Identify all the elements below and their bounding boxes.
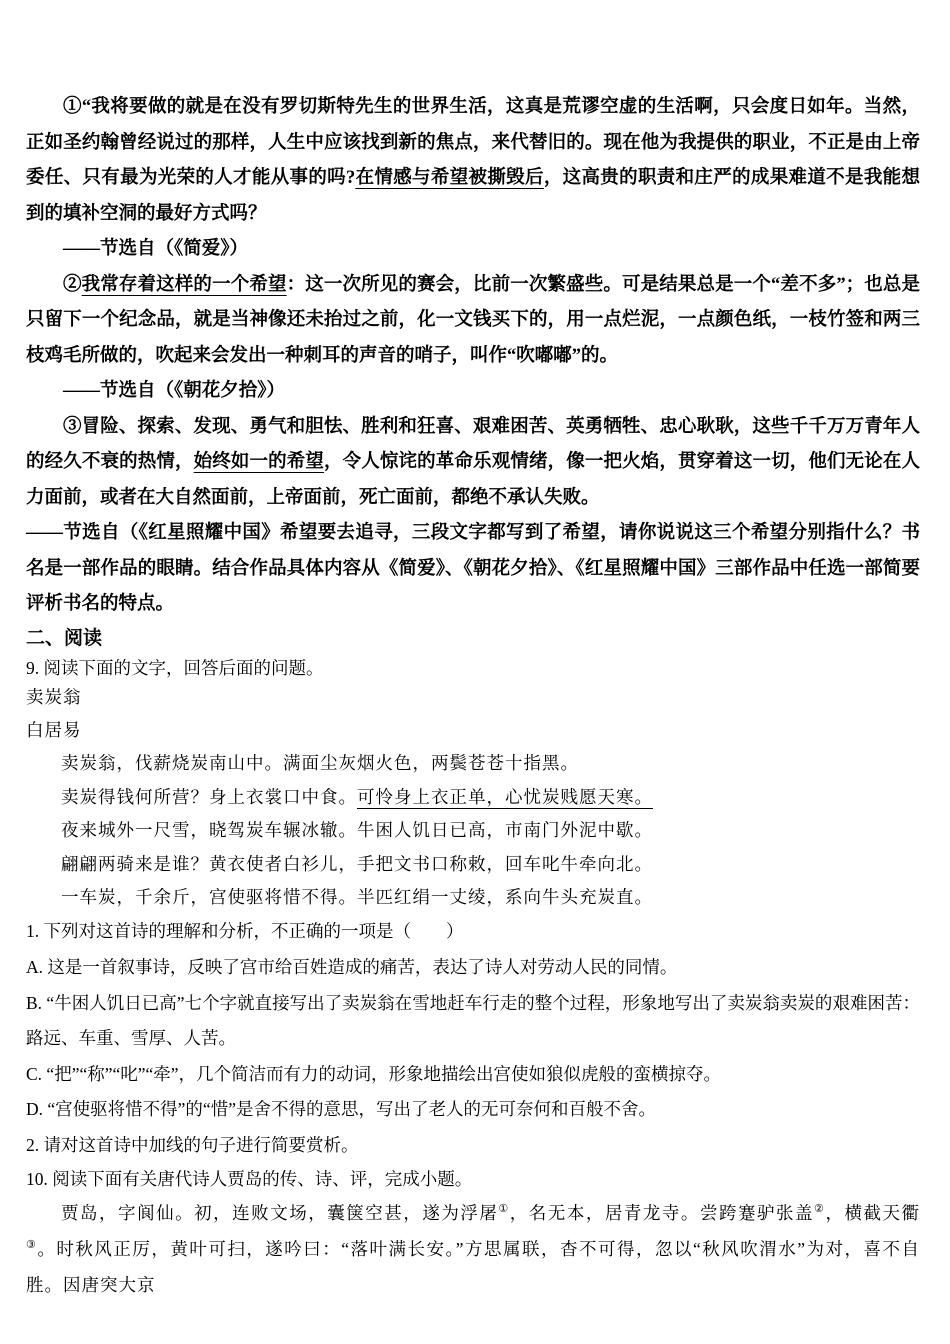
poem-line-5: 一车炭，千余斤，宫使驱将惜不得。半匹红绢一丈绫，系向牛头充炭直。 bbox=[26, 881, 920, 914]
excerpt-paragraph-1: ①“我将要做的就是在没有罗切斯特先生的世界生活，这真是荒谬空虚的生活啊，只会度日… bbox=[26, 90, 920, 232]
question-9-stem: 9. 阅读下面的文字，回答后面的问题。 bbox=[26, 655, 920, 681]
excerpt-closing-question: ——节选自（《红星照耀中国》希望要去追寻，三段文字都写到了希望，请你说说这三个希… bbox=[26, 516, 920, 623]
excerpt-3-underlined-phrase: 始终如一的希望 bbox=[194, 452, 324, 472]
poem-line-4-text: 翩翩两骑来是谁？黄衣使者白衫儿，手把文书口称敕，回车叱牛牵向北。 bbox=[61, 854, 653, 874]
excerpt-source-zhaohuaxishi: ——节选自（《朝花夕拾》） bbox=[26, 374, 920, 410]
passage-seg-1: 贾岛，字阆仙。初，连败文场，囊箧空甚，遂为浮屠 bbox=[61, 1203, 498, 1223]
excerpt-source-jane-eyre: ——节选自（《简爱》） bbox=[26, 232, 920, 268]
exam-document-page: ①“我将要做的就是在没有罗切斯特先生的世界生活，这真是荒谬空虚的生活啊，只会度日… bbox=[0, 0, 950, 1344]
excerpt-1-underlined-phrase: 在情感与希望被撕毁后 bbox=[355, 168, 544, 188]
excerpt-paragraph-3: ③冒险、探索、发现、勇气和胆怯、胜利和狂喜、艰难困苦、英勇牺牲、忠心耿耿，这些千… bbox=[26, 410, 920, 517]
passage-seg-2: ，名无本，居青龙寺。尝跨蹇驴张盖 bbox=[510, 1203, 814, 1223]
poem-line-1-text: 卖炭翁，伐薪烧炭南山中。满面尘灰烟火色，两鬓苍苍十指黑。 bbox=[61, 753, 579, 773]
question-2-stem: 2. 请对这首诗中加线的句子进行简要赏析。 bbox=[26, 1128, 920, 1164]
footnote-marker-2: ② bbox=[814, 1203, 825, 1215]
poem-line-3-text: 夜来城外一尺雪，晓驾炭车辗冰辙。牛困人饥日已高，市南门外泥中歇。 bbox=[61, 820, 653, 840]
question-10-stem: 10. 阅读下面有关唐代诗人贾岛的传、诗、评，完成小题。 bbox=[26, 1164, 920, 1195]
question-1-stem: 1. 下列对这首诗的理解和分析，不正确的一项是（ ） bbox=[26, 914, 920, 950]
poem-author: 白居易 bbox=[26, 714, 920, 747]
poem-line-2: 卖炭得钱何所营？身上衣裳口中食。可怜身上衣正单，心忧炭贱愿天寒。 bbox=[26, 781, 920, 814]
poem-line-2-underline: 可怜身上衣正单，心忧炭贱愿天寒。 bbox=[357, 787, 653, 807]
poem-line-5-text: 一车炭，千余斤，宫使驱将惜不得。半匹红绢一丈绫，系向牛头充炭直。 bbox=[61, 887, 653, 907]
excerpts-section: ①“我将要做的就是在没有罗切斯特先生的世界生活，这真是荒谬空虚的生活啊，只会度日… bbox=[26, 90, 920, 623]
question-1-option-b: B. “牛困人饥日已高”七个字就直接写出了卖炭翁在雪地赶车行走的整个过程，形象地… bbox=[26, 986, 920, 1057]
question-1-option-d: D. “宫使驱将惜不得”的“惜”是舍不得的意思，写出了老人的无可奈何和百般不舍。 bbox=[26, 1092, 920, 1128]
excerpt-paragraph-2: ②我常存着这样的一个希望：这一次所见的赛会，比前一次繁盛些。可是结果总是一个“差… bbox=[26, 268, 920, 375]
poem-block: 卖炭翁 白居易 卖炭翁，伐薪烧炭南山中。满面尘灰烟火色，两鬓苍苍十指黑。 卖炭得… bbox=[26, 681, 920, 915]
excerpt-2-underlined-phrase: 我常存着这样的一个希望 bbox=[82, 275, 287, 295]
poem-line-3: 夜来城外一尺雪，晓驾炭车辗冰辙。牛困人饥日已高，市南门外泥中歇。 bbox=[26, 814, 920, 847]
excerpt-2-marker: ② bbox=[63, 275, 82, 295]
question-1-option-a: A. 这是一首叙事诗，反映了宫市给百姓造成的痛苦，表达了诗人对劳动人民的同情。 bbox=[26, 950, 920, 986]
question-1-option-c: C. “把”“称”“叱”“牵”，几个简洁而有力的动词，形象地描绘出宫使如狼似虎般… bbox=[26, 1057, 920, 1093]
footnote-marker-3: ③ bbox=[26, 1239, 37, 1251]
section-heading-reading: 二、阅读 bbox=[26, 623, 920, 655]
passage-seg-4: 。时秋风正厉，黄叶可扫，遂吟曰：“落叶满长安。”方思属联，杳不可得，忽以“秋风吹… bbox=[26, 1239, 920, 1295]
poem-line-1: 卖炭翁，伐薪烧炭南山中。满面尘灰烟火色，两鬓苍苍十指黑。 bbox=[26, 747, 920, 780]
poem-line-2-text: 卖炭得钱何所营？身上衣裳口中食。 bbox=[61, 787, 357, 807]
poem-title: 卖炭翁 bbox=[26, 681, 920, 714]
reading-section: 二、阅读 9. 阅读下面的文字，回答后面的问题。 卖炭翁 白居易 卖炭翁，伐薪烧… bbox=[26, 623, 920, 1303]
footnote-marker-1: ① bbox=[498, 1203, 509, 1215]
jiadao-passage: 贾岛，字阆仙。初，连败文场，囊箧空甚，遂为浮屠①，名无本，居青龙寺。尝跨蹇驴张盖… bbox=[26, 1195, 920, 1303]
poem-line-4: 翩翩两骑来是谁？黄衣使者白衫儿，手把文书口称敕，回车叱牛牵向北。 bbox=[26, 848, 920, 881]
passage-seg-3: ，横截天衢 bbox=[825, 1203, 920, 1223]
